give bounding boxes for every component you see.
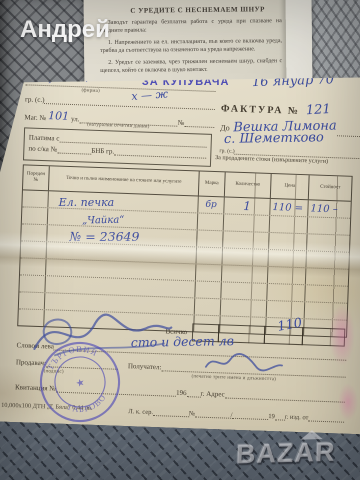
instruction-paragraph: Заводът гарантира безплатна работа с уре… xyxy=(100,17,282,36)
stamp-star-icon: ★ xyxy=(74,377,86,390)
table-cell xyxy=(269,233,308,250)
bank-label: БНБ гр. xyxy=(91,147,114,156)
table-cell xyxy=(268,267,307,284)
table-cell xyxy=(306,268,349,285)
lk-label: Л. к. сер. xyxy=(128,408,153,416)
table-cell xyxy=(22,190,49,207)
handwritten-item-qty: 1 xyxy=(224,197,270,215)
table-cell xyxy=(221,299,268,317)
dotted-line xyxy=(232,410,268,420)
table-cell xyxy=(21,224,48,241)
total-box xyxy=(302,327,346,346)
instruction-paragraph: 2. Уредът се заземява, чрез трижилен нес… xyxy=(100,57,282,76)
receiver-sublabel: (печатно трите имена и длъжността) xyxy=(191,374,276,382)
table-cell: 110 = xyxy=(270,199,309,216)
dotted-line xyxy=(225,390,346,403)
table-cell xyxy=(22,207,49,224)
bazar-watermark: BAZAR xyxy=(235,437,336,471)
dotted-line xyxy=(114,147,206,159)
seller-org-sublabel: (фирма) xyxy=(81,88,100,94)
header-mark: Марка xyxy=(199,172,226,197)
dotted-line xyxy=(275,411,285,420)
city-label: гр. (с.) xyxy=(25,95,45,104)
table-cell xyxy=(195,298,222,315)
table-cell xyxy=(307,234,350,251)
instruction-paragraph: 1. Напрежението на ел. инсталацията, във… xyxy=(100,37,282,56)
dotted-line xyxy=(153,407,189,417)
table-cell: 1 xyxy=(224,197,271,215)
buyer-city-label: гр. (с.) xyxy=(219,148,234,155)
table-cell xyxy=(195,281,222,298)
svg-text:ГАБРОВО: ГАБРОВО xyxy=(64,390,110,419)
table-cell xyxy=(305,285,348,302)
table-cell xyxy=(20,258,47,275)
stamp-text-bottom: ГАБРОВО xyxy=(64,390,110,419)
table-cell xyxy=(19,275,46,292)
table-cell xyxy=(223,231,270,249)
lk-suffix: г. изд. от xyxy=(285,414,309,422)
table-cell xyxy=(197,230,224,247)
handwritten-serial-number: № = 23649 xyxy=(47,228,218,244)
dotted-line xyxy=(186,388,200,397)
handwritten-buyer-place: с. Шеметково xyxy=(224,130,324,147)
id-card-line: Л. к. сер. № / 19 г. изд. от xyxy=(128,406,344,423)
table-cell xyxy=(308,217,351,234)
invoice-title: ФАКТУРА № xyxy=(221,103,300,117)
payable-box: Платима с по с/ка № БНБ гр. xyxy=(23,127,212,167)
table-cell: 110 – xyxy=(308,200,351,217)
receipt-year: 196 xyxy=(176,389,187,397)
table-cell xyxy=(267,284,306,301)
table-cell xyxy=(196,264,223,281)
account-label: по с/ка № xyxy=(28,145,57,154)
header-ordinal: Пореден № xyxy=(23,165,50,190)
dotted-line xyxy=(44,95,215,110)
handwritten-item-amount: 110 – xyxy=(308,200,353,218)
table-cell xyxy=(21,241,48,258)
seller-username-overlay: Андрей xyxy=(20,16,110,44)
table-cell xyxy=(222,248,269,266)
handwritten-item-name: Ел. печка xyxy=(49,194,208,210)
table-cell xyxy=(221,282,268,300)
table-cell xyxy=(305,302,348,319)
table-cell xyxy=(197,247,224,264)
invoice-number-line: ФАКТУРА № 121 xyxy=(221,99,331,118)
table-cell xyxy=(224,214,271,232)
handwritten-invoice-number: 121 xyxy=(306,102,332,118)
dotted-line xyxy=(57,145,91,155)
header-price: Цена xyxy=(271,174,310,199)
receiver-label: Получател: xyxy=(128,362,162,371)
dotted-line xyxy=(161,362,346,377)
table-cell xyxy=(268,250,307,267)
dotted-line xyxy=(195,408,231,418)
table-cell xyxy=(306,251,349,268)
instruction-title: С УРЕДИТЕ С НЕСНЕМАЕМ ШНУР xyxy=(114,5,282,15)
table-cell xyxy=(19,292,46,309)
photo-scene: С УРЕДИТЕ С НЕСНЕМАЕМ ШНУР Заводът гаран… xyxy=(0,0,360,480)
header-quantity: Количество xyxy=(225,172,272,198)
handwritten-item-price: 110 = xyxy=(270,199,310,216)
table-cell xyxy=(270,216,309,233)
dotted-line xyxy=(337,127,360,137)
payable-label: Платима с xyxy=(29,134,60,143)
header-amount: Стойност xyxy=(309,175,352,200)
city-line: гр. (с.) xyxy=(25,94,215,110)
table-cell xyxy=(222,265,269,283)
bazar-watermark-text: BAZAR xyxy=(235,437,336,470)
bazar-logo-roof-icon xyxy=(301,430,323,440)
dotted-line xyxy=(308,412,344,422)
goods-table: Пореден № Точно и пълно наименование на … xyxy=(17,164,352,337)
receipt-year-suffix: г. Адрес xyxy=(200,390,224,399)
handwritten-amount-words: сто и десет лв xyxy=(131,333,234,350)
